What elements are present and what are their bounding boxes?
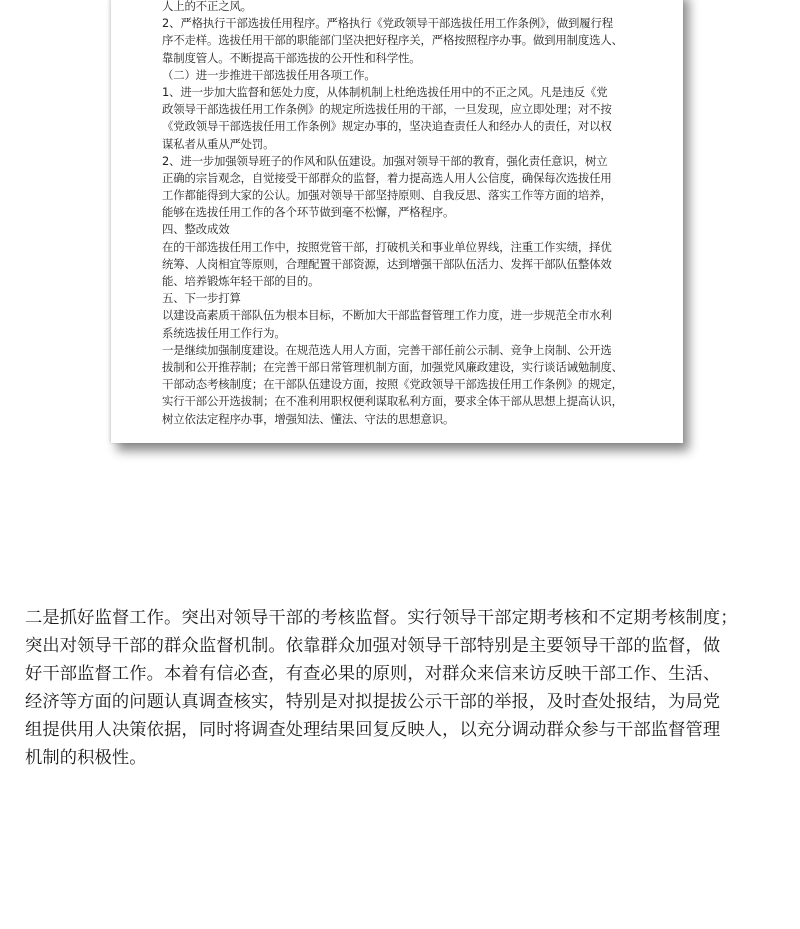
body-line: 经济等方面的问题认真调查核实，特别是对拟提拔公示干部的举报，及时查处报结，为局党: [25, 688, 785, 716]
page-line: 系统选拔任用工作行为。: [162, 325, 642, 342]
page-line: 树立依法定程序办事，增强知法、懂法、守法的思想意识。: [162, 411, 642, 428]
scanned-page-text: 人上的不正之风。 2、严格执行干部选拔任用程序。严格执行《党政领导干部选拔任用工…: [162, 0, 642, 428]
body-line: 机制的积极性。: [25, 744, 785, 772]
page-line: 靠制度管人。不断提高干部选拔的公开性和科学性。: [162, 50, 642, 67]
page-section-heading: 五、下一步打算: [162, 290, 642, 307]
page-line: 在的干部选拔任用工作中，按照党管干部，打破机关和事业单位界线，注重工作实绩，择优: [162, 239, 642, 256]
page-line: 2、严格执行干部选拔任用程序。严格执行《党政领导干部选拔任用工作条例》，做到履行…: [162, 15, 642, 32]
page-line: 1、进一步加大监督和惩处力度，从体制机制上杜绝选拔任用中的不正之风。凡是违反《党: [162, 84, 642, 101]
page-line: 实行干部公开选拔制；在不准利用职权便利谋取私利方面，要求全体干部从思想上提高认识…: [162, 393, 642, 410]
page-line: 人上的不正之风。: [162, 0, 642, 15]
page-section-heading: （二）进一步推进干部选拔任用各项工作。: [162, 67, 642, 84]
page-line: 谋私者从重从严处罚。: [162, 136, 642, 153]
page-line: 统筹、人岗相宜等原则，合理配置干部资源，达到增强干部队伍活力、发挥干部队伍整体效: [162, 256, 642, 273]
page-line: 拔制和公开推荐制；在完善干部日常管理机制方面，加强党风廉政建设，实行谈话诫勉制度…: [162, 359, 642, 376]
body-line: 二是抓好监督工作。突出对领导干部的考核监督。实行领导干部定期考核和不定期考核制度…: [25, 604, 785, 632]
page-line: 一是继续加强制度建设。在规范选人用人方面，完善干部任前公示制、竞争上岗制、公开选: [162, 342, 642, 359]
page-line: 政领导干部选拔任用工作条例》的规定所选拔任用的干部，一旦发现，应立即处理；对不按: [162, 101, 642, 118]
body-paragraph: 二是抓好监督工作。突出对领导干部的考核监督。实行领导干部定期考核和不定期考核制度…: [25, 604, 785, 772]
page-section-heading: 四、整改成效: [162, 221, 642, 238]
page-line: 2、进一步加强领导班子的作风和队伍建设。加强对领导干部的教育，强化责任意识，树立: [162, 153, 642, 170]
page-line: 序不走样。选拔任用干部的职能部门坚决把好程序关，严格按照程序办事。做到用制度选人…: [162, 32, 642, 49]
page-line: 干部动态考核制度；在干部队伍建设方面，按照《党政领导干部选拔任用工作条例》的规定…: [162, 376, 642, 393]
page-line: 以建设高素质干部队伍为根本目标，不断加大干部监督管理工作力度，进一步规范全市水利: [162, 307, 642, 324]
page-line: 工作都能得到大家的公认。加强对领导干部坚持原则、自我反思、落实工作等方面的培养，: [162, 187, 642, 204]
body-line: 组提供用人决策依据，同时将调查处理结果回复反映人，以充分调动群众参与干部监督管理: [25, 716, 785, 744]
body-line: 好干部监督工作。本着有信必查，有查必果的原则，对群众来信来访反映干部工作、生活、: [25, 660, 785, 688]
page-line: 《党政领导干部选拔任用工作条例》规定办事的，坚决追查责任人和经办人的责任，对以权: [162, 118, 642, 135]
page-line: 正确的宗旨观念，自觉接受干部群众的监督，着力提高选人用人公信度，确保每次选拔任用: [162, 170, 642, 187]
body-line: 突出对领导干部的群众监督机制。依靠群众加强对领导干部特别是主要领导干部的监督，做: [25, 632, 785, 660]
page-line: 能、培养锻炼年轻干部的目的。: [162, 273, 642, 290]
page-line: 能够在选拔任用工作的各个环节做到毫不松懈，严格程序。: [162, 204, 642, 221]
